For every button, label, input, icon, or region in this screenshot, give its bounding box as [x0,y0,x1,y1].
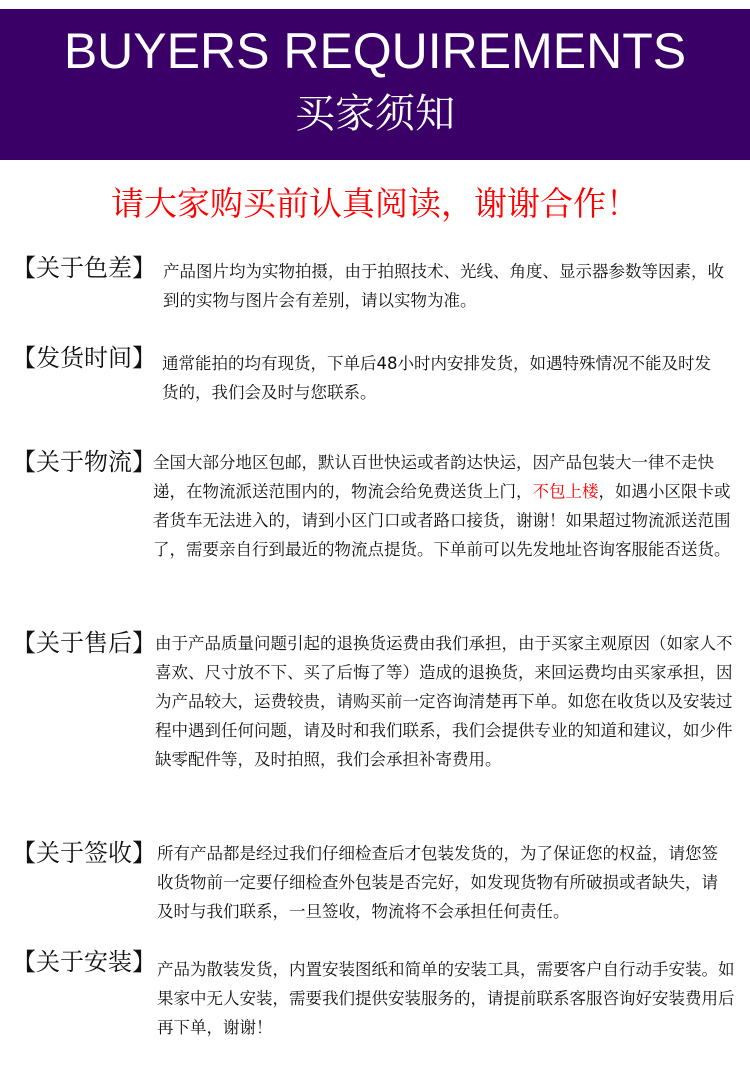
section-label: 【关于色差】 [12,253,156,283]
section-label: 【关于安装】 [12,947,156,977]
section-label: 【关于售后】 [12,628,156,658]
section-label: 【发货时间】 [12,343,156,373]
section-body: 通常能拍的均有现货，下单后48小时内安排发货，如遇特殊情况不能及时发货的，我们会… [162,349,727,407]
section-body: 全国大部分地区包邮，默认百世快运或者韵达快运，因产品包装大一律不走快递，在物流派… [153,448,733,564]
section-label: 【关于物流】 [12,447,156,477]
header-title-en: BUYERS REQUIREMENTS [0,23,750,79]
section-body: 产品图片均为实物拍摄，由于拍照技术、光线、角度、显示器参数等因素，收到的实物与图… [163,257,728,315]
section-body: 由于产品质量问题引起的退换货运费由我们承担，由于买家主观原因（如家人不喜欢、尺寸… [155,629,733,774]
header-title-cn: 买家须知 [0,89,750,139]
header-banner: BUYERS REQUIREMENTS 买家须知 [0,9,750,160]
section-label: 【关于签收】 [12,838,156,868]
section-body: 产品为散装发货，内置安装图纸和简单的安装工具，需要客户自行动手安装。如果家中无人… [157,955,737,1042]
read-notice: 请大家购买前认真阅读，谢谢合作！ [0,182,750,226]
logistics-highlight: 不包上楼 [533,482,599,501]
section-body: 所有产品都是经过我们仔细检查后才包装发货的，为了保证您的权益，请您签收货物前一定… [157,839,732,926]
